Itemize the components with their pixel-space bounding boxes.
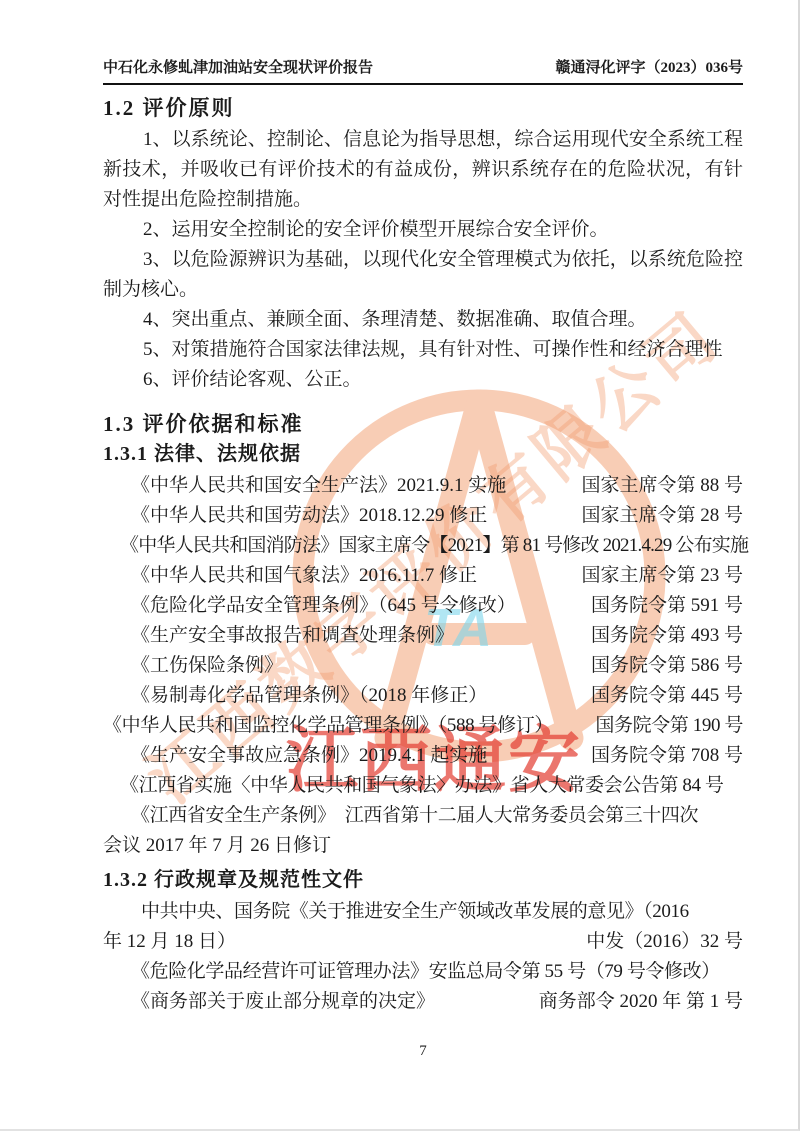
law-row: 《易制毒化学品管理条例》（2018 年修正） 国务院令第 445 号 [103,681,743,711]
section-1-2-title: 1.2 评价原则 [103,95,743,121]
page-content: 中石化永修虬津加油站安全现状评价报告 赣通浔化评字（2023）036号 1.2 … [0,0,800,1060]
law-row: 《中华人民共和国安全生产法》2021.9.1 实施 国家主席令第 88 号 [103,471,743,501]
law-name: 《中华人民共和国监控化学品管理条例》（588 号修订） [103,711,553,741]
law-row-continuation: 会议 2017 年 7 月 26 日修订 [103,831,743,861]
principle-item: 3、以危险源辨识为基础，以现代化安全管理模式为依托，以系统危险控制为核心。 [103,245,743,305]
law-row: 《中华人民共和国气象法》2016.11.7 修正 国家主席令第 23 号 [103,561,743,591]
regulation-name: 年 12 月 18 日） [103,927,236,957]
regulation-row: 年 12 月 18 日） 中发（2016）32 号 [103,927,743,957]
law-name: 《工伤保险条例》 [131,651,283,681]
page-header: 中石化永修虬津加油站安全现状评价报告 赣通浔化评字（2023）036号 [103,58,743,85]
section-1-2-body: 1、以系统论、控制论、信息论为指导思想，综合运用现代安全系统工程新技术，并吸收已… [103,125,743,395]
header-report-title: 中石化永修虬津加油站安全现状评价报告 [103,58,373,78]
law-name: 《生产安全事故应急条例》2019.4.1 起实施 [131,741,487,771]
law-row: 《生产安全事故报告和调查处理条例》 国务院令第 493 号 [103,621,743,651]
law-list: 《中华人民共和国安全生产法》2021.9.1 实施 国家主席令第 88 号 《中… [103,471,743,861]
law-name: 《生产安全事故报告和调查处理条例》 [131,621,454,651]
principle-item: 5、对策措施符合国家法律法规，具有针对性、可操作性和经济合理性 [103,335,743,365]
law-decree-number: 国家主席令第 23 号 [581,561,743,591]
law-decree-number: 国务院令第 708 号 [591,741,743,771]
law-name: 《中华人民共和国气象法》2016.11.7 修正 [131,561,477,591]
law-row: 《危险化学品安全管理条例》（645 号令修改） 国务院令第 591 号 [103,591,743,621]
law-row: 《江西省安全生产条例》 江西省第十二届人大常务委员会第三十四次 [103,801,743,831]
principle-item: 1、以系统论、控制论、信息论为指导思想，综合运用现代安全系统工程新技术，并吸收已… [103,125,743,215]
law-name: 《危险化学品安全管理条例》（645 号令修改） [131,591,516,621]
principle-item: 4、突出重点、兼顾全面、条理清楚、数据准确、取值合理。 [103,305,743,335]
law-decree-number: 国务院令第 586 号 [591,651,743,681]
law-name: 《易制毒化学品管理条例》（2018 年修正） [131,681,487,711]
regulation-number: 商务部令 2020 年 第 1 号 [539,987,743,1017]
law-row: 《工伤保险条例》 国务院令第 586 号 [103,651,743,681]
law-decree-number: 国务院令第 591 号 [591,591,743,621]
section-1-3-title: 1.3 评价依据和标准 [103,411,743,437]
law-name: 《中华人民共和国安全生产法》2021.9.1 实施 [131,471,506,501]
law-row: 《中华人民共和国消防法》国家主席令【2021】第 81 号修改 2021.4.2… [103,531,743,561]
section-1-3-1-title: 1.3.1 法律、法规依据 [103,441,743,467]
regulation-row: 《商务部关于废止部分规章的决定》 商务部令 2020 年 第 1 号 [103,987,743,1017]
regulation-name: 《商务部关于废止部分规章的决定》 [131,987,435,1017]
law-decree-number: 国务院令第 190 号 [595,711,743,741]
law-name: 《中华人民共和国劳动法》2018.12.29 修正 [131,501,487,531]
header-doc-number: 赣通浔化评字（2023）036号 [555,58,743,78]
law-row: 《中华人民共和国劳动法》2018.12.29 修正 国家主席令第 28 号 [103,501,743,531]
regulation-row: 中共中央、国务院《关于推进安全生产领域改革发展的意见》（2016 [103,897,743,927]
law-decree-number: 国务院令第 445 号 [591,681,743,711]
law-row: 《生产安全事故应急条例》2019.4.1 起实施 国务院令第 708 号 [103,741,743,771]
law-decree-number: 国务院令第 493 号 [591,621,743,651]
law-row: 《江西省实施〈中华人民共和国气象法〉办法》省人大常委会公告第 84 号 [103,771,743,801]
regulation-number: 中发（2016）32 号 [586,927,743,957]
principle-item: 2、运用安全控制论的安全评价模型开展综合安全评价。 [103,215,743,245]
law-decree-number: 国家主席令第 88 号 [581,471,743,501]
principle-item: 6、评价结论客观、公正。 [103,365,743,395]
law-row: 《中华人民共和国监控化学品管理条例》（588 号修订） 国务院令第 190 号 [103,711,743,741]
document-page: 江西数字评价有限公司 TA 江西通安 中石化永修虬津加油站安全现状评价报告 赣通… [0,0,800,1131]
regulation-list: 中共中央、国务院《关于推进安全生产领域改革发展的意见》（2016 年 12 月 … [103,897,743,1017]
section-1-3-2-title: 1.3.2 行政规章及规范性文件 [103,867,743,893]
law-decree-number: 国家主席令第 28 号 [581,501,743,531]
page-number: 7 [103,1043,743,1060]
regulation-row: 《危险化学品经营许可证管理办法》安监总局令第 55 号（79 号令修改） [103,957,743,987]
